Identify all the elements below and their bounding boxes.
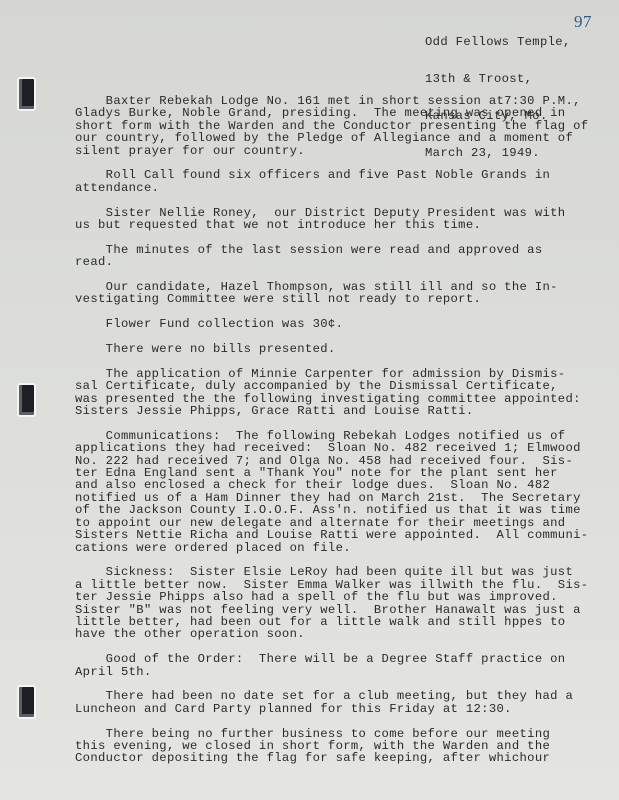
text-line: There were no bills presented. bbox=[75, 343, 605, 355]
binder-hole-middle bbox=[17, 383, 36, 417]
paragraph-bills: There were no bills presented. bbox=[75, 343, 605, 355]
paragraph-flower-fund: Flower Fund collection was 30¢. bbox=[75, 318, 605, 330]
paragraph-opening: Baxter Rebekah Lodge No. 161 met in shor… bbox=[75, 95, 605, 157]
paragraph-minutes: The minutes of the last session were rea… bbox=[75, 244, 605, 269]
paragraph-candidate: Our candidate, Hazel Thompson, was still… bbox=[75, 281, 605, 306]
text-line: April 5th. bbox=[75, 666, 605, 678]
text-line: our country, followed by the Pledge of A… bbox=[75, 132, 605, 144]
text-line: us but requested that we not introduce h… bbox=[75, 219, 605, 231]
header-line: Odd Fellows Temple, bbox=[425, 36, 571, 48]
text-line: The minutes of the last session were rea… bbox=[75, 244, 605, 256]
binder-hole-top bbox=[17, 77, 36, 111]
text-line: of the Jackson County I.O.O.F. Ass'n. no… bbox=[75, 504, 605, 516]
header-line: 13th & Troost, bbox=[425, 73, 571, 85]
text-line: There had been no date set for a club me… bbox=[75, 690, 605, 702]
minutes-body: Baxter Rebekah Lodge No. 161 met in shor… bbox=[75, 95, 605, 777]
paragraph-roll-call: Roll Call found six officers and five Pa… bbox=[75, 169, 605, 194]
text-line: cations were ordered placed on file. bbox=[75, 542, 605, 554]
text-line: Flower Fund collection was 30¢. bbox=[75, 318, 605, 330]
text-line: ter Jessie Phipps also had a spell of th… bbox=[75, 591, 605, 603]
binder-hole-bottom bbox=[17, 685, 36, 719]
text-line: have the other operation soon. bbox=[75, 628, 605, 640]
text-line: Luncheon and Card Party planned for this… bbox=[75, 703, 605, 715]
text-line: Sisters Jessie Phipps, Grace Ratti and L… bbox=[75, 405, 605, 417]
paragraph-good-of-order: Good of the Order: There will be a Degre… bbox=[75, 653, 605, 678]
text-line: Gladys Burke, Noble Grand, presiding. Th… bbox=[75, 107, 605, 119]
paragraph-closing: There being no further business to come … bbox=[75, 728, 605, 765]
typewritten-page: Odd Fellows Temple, 13th & Troost, Kansa… bbox=[0, 0, 619, 800]
text-line: Sickness: Sister Elsie LeRoy had been qu… bbox=[75, 566, 605, 578]
text-line: Roll Call found six officers and five Pa… bbox=[75, 169, 605, 181]
text-line: read. bbox=[75, 256, 605, 268]
text-line: vestigating Committee were still not rea… bbox=[75, 293, 605, 305]
paragraph-club-meeting: There had been no date set for a club me… bbox=[75, 690, 605, 715]
text-line: silent prayer for our country. bbox=[75, 145, 605, 157]
text-line: Good of the Order: There will be a Degre… bbox=[75, 653, 605, 665]
paragraph-district-deputy: Sister Nellie Roney, our District Deputy… bbox=[75, 207, 605, 232]
paragraph-sickness: Sickness: Sister Elsie LeRoy had been qu… bbox=[75, 566, 605, 640]
page-number: 97 bbox=[574, 12, 592, 32]
text-line: and also enclosed a check for their lodg… bbox=[75, 479, 605, 491]
text-line: Conductor depositing the flag for safe k… bbox=[75, 752, 605, 764]
paragraph-application: The application of Minnie Carpenter for … bbox=[75, 368, 605, 418]
paragraph-communications: Communications: The following Rebekah Lo… bbox=[75, 430, 605, 554]
text-line: sal Certificate, duly accompanied by the… bbox=[75, 380, 605, 392]
text-line: applications they had received: Sloan No… bbox=[75, 442, 605, 454]
text-line: Sisters Nettie Richa and Louise Ratti we… bbox=[75, 529, 605, 541]
text-line: attendance. bbox=[75, 182, 605, 194]
